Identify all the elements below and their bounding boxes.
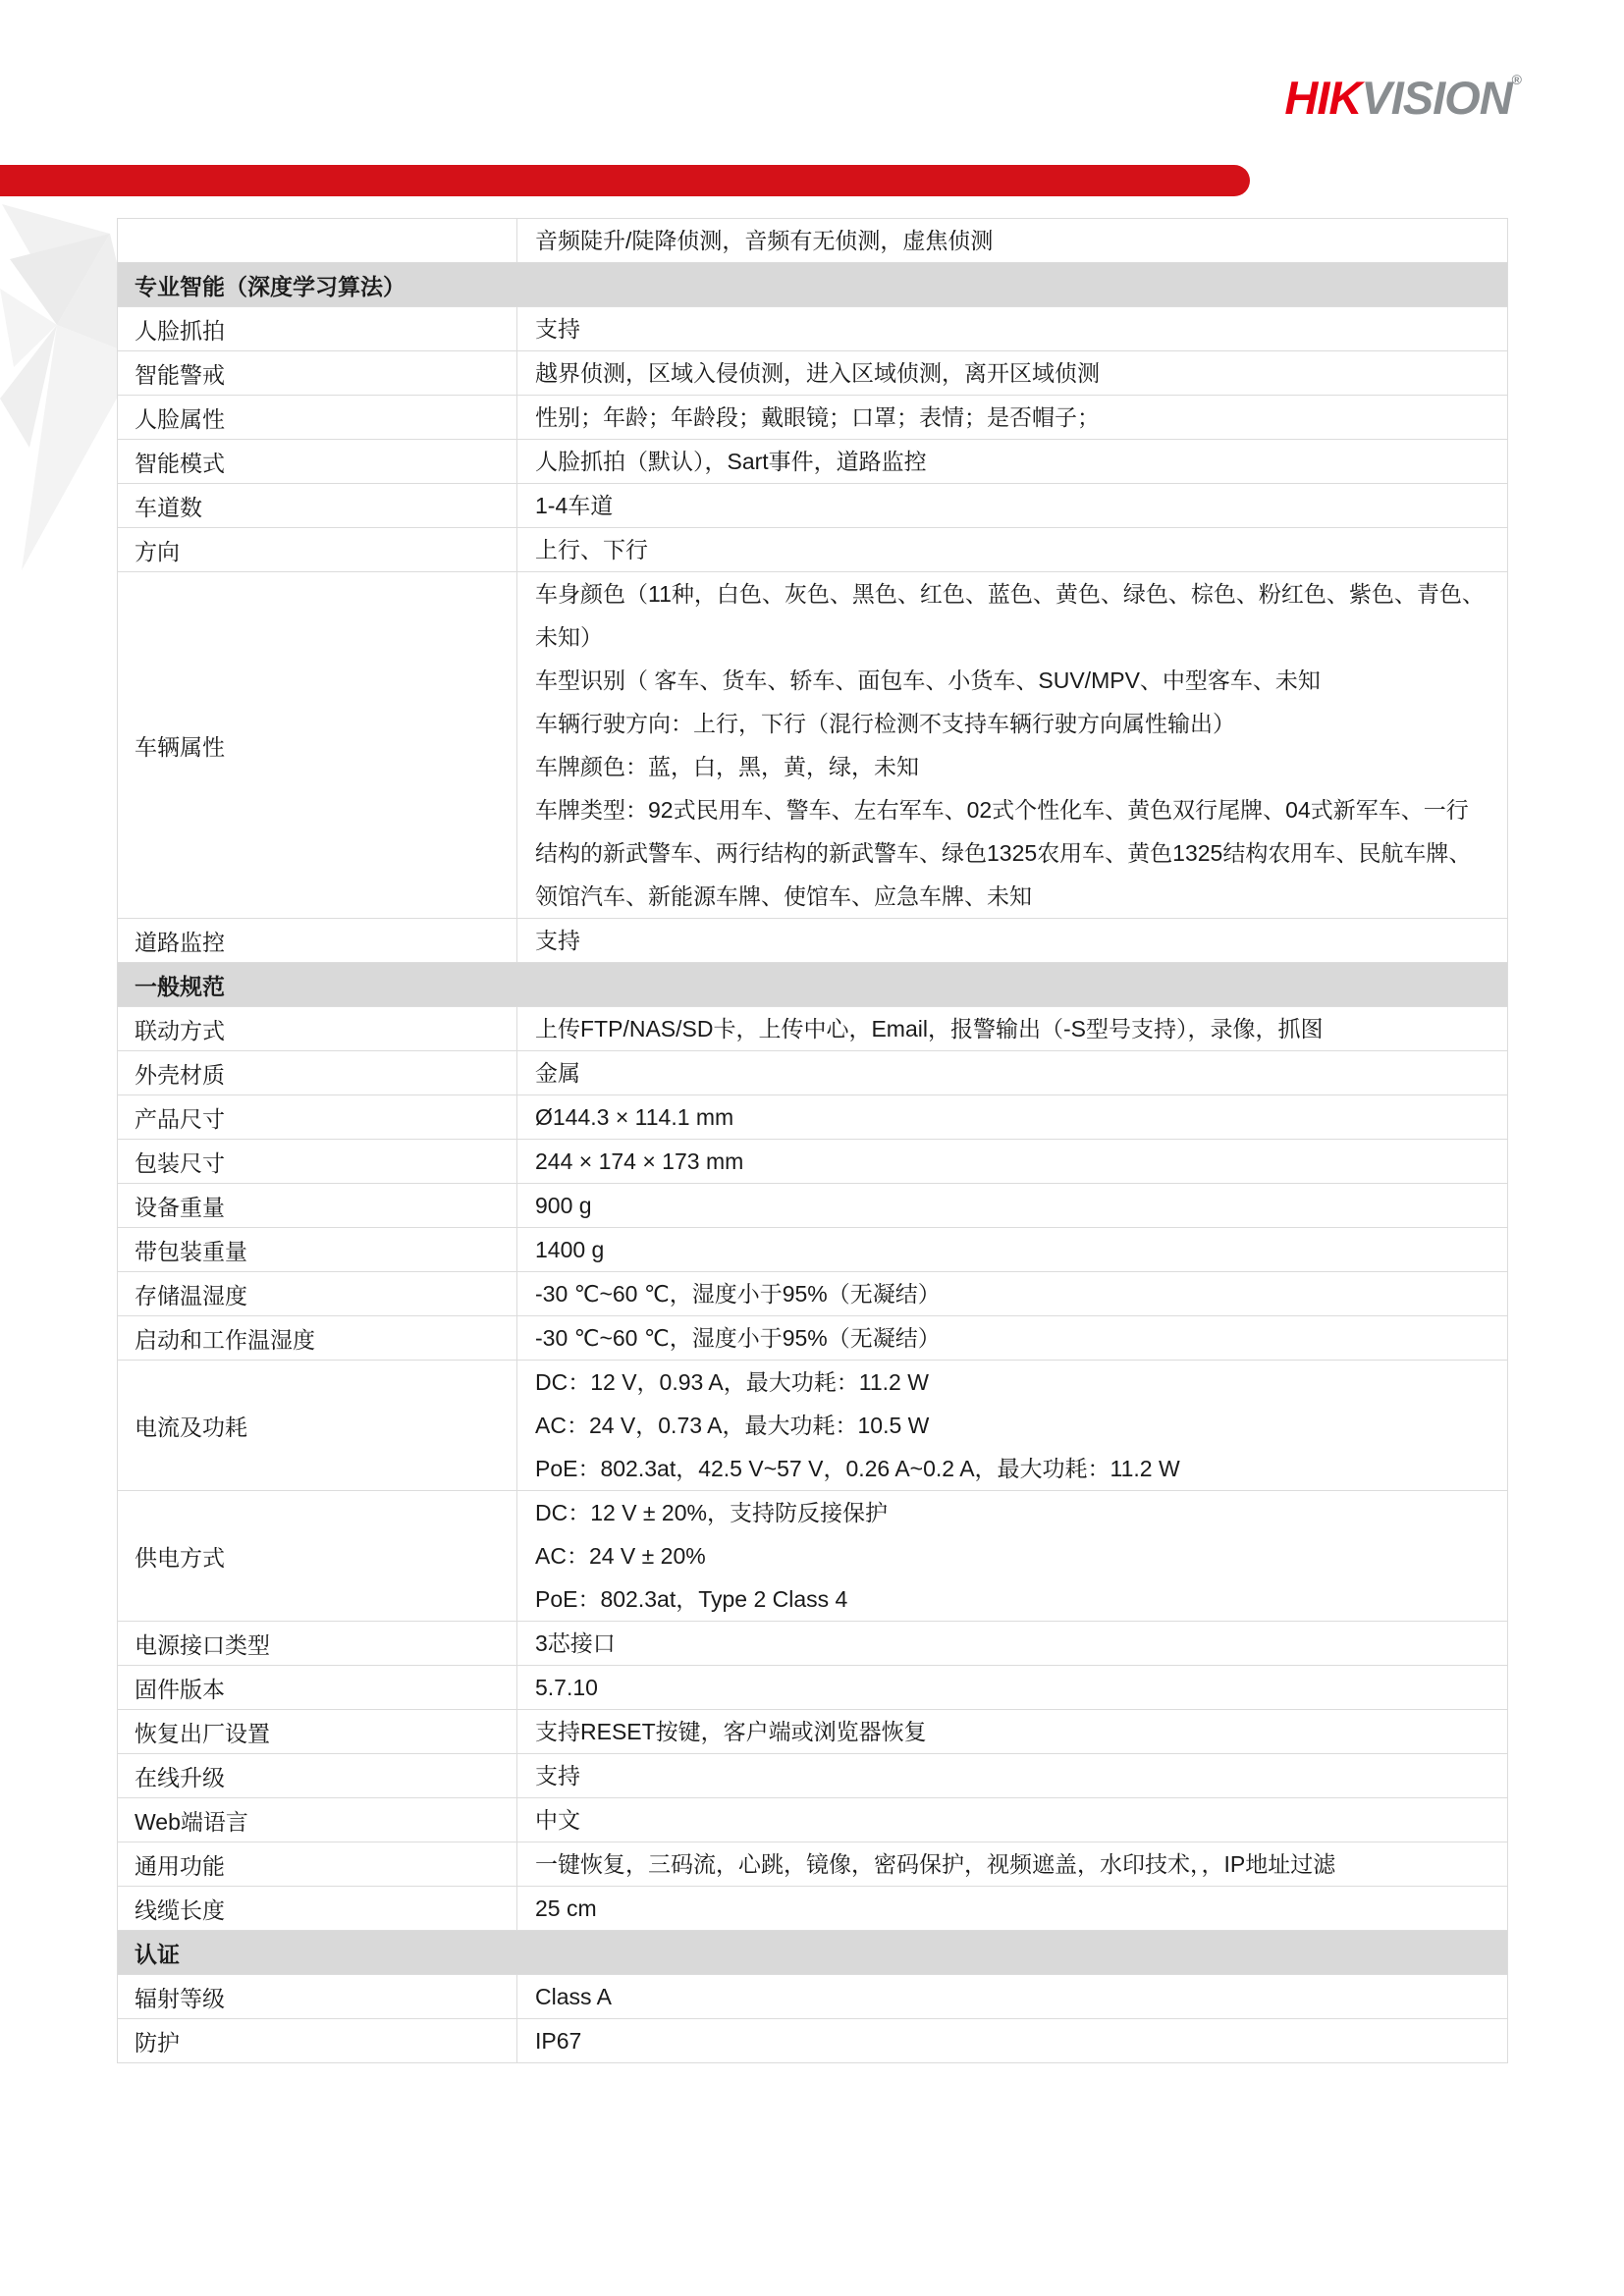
spec-label: 设备重量	[118, 1184, 517, 1227]
spec-row: 电源接口类型3芯接口	[118, 1622, 1507, 1666]
spec-value-line: 金属	[535, 1051, 1486, 1095]
spec-value-line: 5.7.10	[535, 1666, 1486, 1709]
spec-value-line: AC：24 V，0.73 A，最大功耗：10.5 W	[535, 1404, 1486, 1447]
section-header: 专业智能（深度学习算法）	[118, 263, 1507, 307]
spec-row: 防护IP67	[118, 2019, 1507, 2062]
spec-label: 智能警戒	[118, 351, 517, 395]
spec-row: 在线升级支持	[118, 1754, 1507, 1798]
spec-value-line: 车牌类型：92式民用车、警车、左右军车、02式个性化车、黄色双行尾牌、04式新军…	[535, 788, 1486, 918]
spec-value: 性别；年龄；年龄段；戴眼镜；口罩；表情；是否帽子；	[517, 396, 1507, 439]
spec-label: 防护	[118, 2019, 517, 2062]
spec-value-line: PoE：802.3at，Type 2 Class 4	[535, 1577, 1486, 1621]
spec-value: Class A	[517, 1975, 1507, 2018]
section-header: 认证	[118, 1931, 1507, 1975]
spec-row: 人脸属性性别；年龄；年龄段；戴眼镜；口罩；表情；是否帽子；	[118, 396, 1507, 440]
spec-label: 道路监控	[118, 919, 517, 962]
spec-value-line: 支持	[535, 919, 1486, 962]
spec-label: 联动方式	[118, 1007, 517, 1050]
spec-label: 固件版本	[118, 1666, 517, 1709]
spec-value-line: 1400 g	[535, 1228, 1486, 1271]
spec-row: 电流及功耗DC：12 V，0.93 A，最大功耗：11.2 WAC：24 V，0…	[118, 1361, 1507, 1491]
spec-label: 恢复出厂设置	[118, 1710, 517, 1753]
spec-value: 1-4车道	[517, 484, 1507, 527]
spec-row: 产品尺寸Ø144.3 × 114.1 mm	[118, 1095, 1507, 1140]
spec-row: 车辆属性车身颜色（11种，白色、灰色、黑色、红色、蓝色、黄色、绿色、棕色、粉红色…	[118, 572, 1507, 919]
spec-value: 支持	[517, 919, 1507, 962]
spec-value-line: 性别；年龄；年龄段；戴眼镜；口罩；表情；是否帽子；	[535, 396, 1486, 439]
spec-value-line: DC：12 V ± 20%，支持防反接保护	[535, 1491, 1486, 1534]
spec-value: -30 ℃~60 ℃，湿度小于95%（无凝结）	[517, 1316, 1507, 1360]
spec-label: 包装尺寸	[118, 1140, 517, 1183]
logo-hik-text: HIK	[1284, 72, 1361, 124]
spec-label: 供电方式	[118, 1491, 517, 1621]
spec-row: 固件版本5.7.10	[118, 1666, 1507, 1710]
spec-value: -30 ℃~60 ℃，湿度小于95%（无凝结）	[517, 1272, 1507, 1315]
spec-value-line: 3芯接口	[535, 1622, 1486, 1665]
spec-label: 辐射等级	[118, 1975, 517, 2018]
spec-row: 设备重量900 g	[118, 1184, 1507, 1228]
spec-label: 通用功能	[118, 1842, 517, 1886]
spec-label: 方向	[118, 528, 517, 571]
spec-value-line: AC：24 V ± 20%	[535, 1534, 1486, 1577]
spec-label: 智能模式	[118, 440, 517, 483]
spec-value: 越界侦测，区域入侵侦测，进入区域侦测，离开区域侦测	[517, 351, 1507, 395]
spec-label: 存储温湿度	[118, 1272, 517, 1315]
spec-value-line: 音频陡升/陡降侦测，音频有无侦测，虚焦侦测	[535, 219, 1486, 262]
spec-value: 人脸抓拍（默认），Sart事件，道路监控	[517, 440, 1507, 483]
spec-value-line: 上行、下行	[535, 528, 1486, 571]
spec-row: 恢复出厂设置支持RESET按键，客户端或浏览器恢复	[118, 1710, 1507, 1754]
spec-row: 通用功能一键恢复，三码流，心跳，镜像，密码保护，视频遮盖，水印技术，，IP地址过…	[118, 1842, 1507, 1887]
spec-value: 3芯接口	[517, 1622, 1507, 1665]
spec-value-line: 244 × 174 × 173 mm	[535, 1140, 1486, 1183]
spec-row: 智能警戒越界侦测，区域入侵侦测，进入区域侦测，离开区域侦测	[118, 351, 1507, 396]
spec-row: 存储温湿度-30 ℃~60 ℃，湿度小于95%（无凝结）	[118, 1272, 1507, 1316]
spec-value: Ø144.3 × 114.1 mm	[517, 1095, 1507, 1139]
spec-row: 人脸抓拍支持	[118, 307, 1507, 351]
spec-value-line: 支持	[535, 1754, 1486, 1797]
spec-row: 音频陡升/陡降侦测，音频有无侦测，虚焦侦测	[118, 219, 1507, 263]
spec-value: 支持RESET按键，客户端或浏览器恢复	[517, 1710, 1507, 1753]
spec-value: 支持	[517, 1754, 1507, 1797]
spec-value-line: DC：12 V，0.93 A，最大功耗：11.2 W	[535, 1361, 1486, 1404]
spec-value-line: 900 g	[535, 1184, 1486, 1227]
spec-value-line: 支持	[535, 307, 1486, 350]
spec-value: 1400 g	[517, 1228, 1507, 1271]
spec-value-line: 中文	[535, 1798, 1486, 1842]
registered-trademark-symbol: ®	[1512, 72, 1522, 87]
spec-value-line: 车辆行驶方向：上行，下行（混行检测不支持车辆行驶方向属性输出）	[535, 702, 1486, 745]
spec-label: 人脸属性	[118, 396, 517, 439]
spec-label: 电源接口类型	[118, 1622, 517, 1665]
spec-value: 一键恢复，三码流，心跳，镜像，密码保护，视频遮盖，水印技术，，IP地址过滤	[517, 1842, 1507, 1886]
spec-value-line: 支持RESET按键，客户端或浏览器恢复	[535, 1710, 1486, 1753]
spec-value: 支持	[517, 307, 1507, 350]
spec-table: 音频陡升/陡降侦测，音频有无侦测，虚焦侦测专业智能（深度学习算法）人脸抓拍支持智…	[117, 218, 1508, 2063]
spec-value: 上传FTP/NAS/SD卡，上传中心，Email，报警输出（-S型号支持），录像…	[517, 1007, 1507, 1050]
logo-vision-text: VISION	[1361, 72, 1511, 124]
spec-value: 25 cm	[517, 1887, 1507, 1930]
spec-label: Web端语言	[118, 1798, 517, 1842]
spec-label	[118, 219, 517, 262]
spec-value-line: -30 ℃~60 ℃，湿度小于95%（无凝结）	[535, 1316, 1486, 1360]
spec-value-line: 人脸抓拍（默认），Sart事件，道路监控	[535, 440, 1486, 483]
spec-row: 供电方式DC：12 V ± 20%，支持防反接保护AC：24 V ± 20%Po…	[118, 1491, 1507, 1622]
spec-row: 线缆长度25 cm	[118, 1887, 1507, 1931]
spec-value-line: IP67	[535, 2019, 1486, 2062]
spec-value-line: PoE：802.3at，42.5 V~57 V，0.26 A~0.2 A，最大功…	[535, 1447, 1486, 1490]
spec-row: Web端语言中文	[118, 1798, 1507, 1842]
spec-row: 启动和工作温湿度-30 ℃~60 ℃，湿度小于95%（无凝结）	[118, 1316, 1507, 1361]
spec-value: 244 × 174 × 173 mm	[517, 1140, 1507, 1183]
spec-value-line: 越界侦测，区域入侵侦测，进入区域侦测，离开区域侦测	[535, 351, 1486, 395]
spec-value-line: 车身颜色（11种，白色、灰色、黑色、红色、蓝色、黄色、绿色、棕色、粉红色、紫色、…	[535, 572, 1486, 659]
spec-value-line: Class A	[535, 1975, 1486, 2018]
spec-value-line: 一键恢复，三码流，心跳，镜像，密码保护，视频遮盖，水印技术，，IP地址过滤	[535, 1842, 1486, 1886]
spec-value: 5.7.10	[517, 1666, 1507, 1709]
spec-row: 辐射等级Class A	[118, 1975, 1507, 2019]
spec-value-line: 25 cm	[535, 1887, 1486, 1930]
spec-value: 音频陡升/陡降侦测，音频有无侦测，虚焦侦测	[517, 219, 1507, 262]
spec-value-line: Ø144.3 × 114.1 mm	[535, 1095, 1486, 1139]
spec-value-line: 1-4车道	[535, 484, 1486, 527]
spec-value-line: 车型识别（ 客车、货车、轿车、面包车、小货车、SUV/MPV、中型客车、未知	[535, 659, 1486, 702]
spec-row: 包装尺寸244 × 174 × 173 mm	[118, 1140, 1507, 1184]
spec-label: 启动和工作温湿度	[118, 1316, 517, 1360]
spec-value-line: 车牌颜色：蓝，白，黑，黄，绿，未知	[535, 745, 1486, 788]
spec-label: 外壳材质	[118, 1051, 517, 1095]
spec-row: 带包装重量1400 g	[118, 1228, 1507, 1272]
spec-value: DC：12 V ± 20%，支持防反接保护AC：24 V ± 20%PoE：80…	[517, 1491, 1507, 1621]
spec-row: 方向上行、下行	[118, 528, 1507, 572]
hikvision-logo: HIKVISION®	[1284, 73, 1522, 121]
spec-value: 中文	[517, 1798, 1507, 1842]
spec-value: 车身颜色（11种，白色、灰色、黑色、红色、蓝色、黄色、绿色、棕色、粉红色、紫色、…	[517, 572, 1507, 918]
spec-label: 在线升级	[118, 1754, 517, 1797]
spec-value: 上行、下行	[517, 528, 1507, 571]
spec-row: 联动方式上传FTP/NAS/SD卡，上传中心，Email，报警输出（-S型号支持…	[118, 1007, 1507, 1051]
spec-label: 人脸抓拍	[118, 307, 517, 350]
spec-row: 智能模式人脸抓拍（默认），Sart事件，道路监控	[118, 440, 1507, 484]
spec-row: 车道数1-4车道	[118, 484, 1507, 528]
accent-bar	[0, 165, 1250, 196]
spec-label: 带包装重量	[118, 1228, 517, 1271]
spec-value: DC：12 V，0.93 A，最大功耗：11.2 WAC：24 V，0.73 A…	[517, 1361, 1507, 1490]
section-header: 一般规范	[118, 963, 1507, 1007]
spec-row: 外壳材质金属	[118, 1051, 1507, 1095]
spec-row: 道路监控支持	[118, 919, 1507, 963]
spec-label: 车辆属性	[118, 572, 517, 918]
spec-value: IP67	[517, 2019, 1507, 2062]
spec-label: 线缆长度	[118, 1887, 517, 1930]
spec-value: 金属	[517, 1051, 1507, 1095]
spec-value-line: 上传FTP/NAS/SD卡，上传中心，Email，报警输出（-S型号支持），录像…	[535, 1007, 1486, 1050]
spec-label: 电流及功耗	[118, 1361, 517, 1490]
spec-label: 车道数	[118, 484, 517, 527]
spec-label: 产品尺寸	[118, 1095, 517, 1139]
spec-value: 900 g	[517, 1184, 1507, 1227]
spec-value-line: -30 ℃~60 ℃，湿度小于95%（无凝结）	[535, 1272, 1486, 1315]
datasheet-page: HIKVISION® 音频陡升/陡降侦测，音频有无侦测，虚焦侦测专业智能（深度学…	[0, 0, 1624, 2296]
